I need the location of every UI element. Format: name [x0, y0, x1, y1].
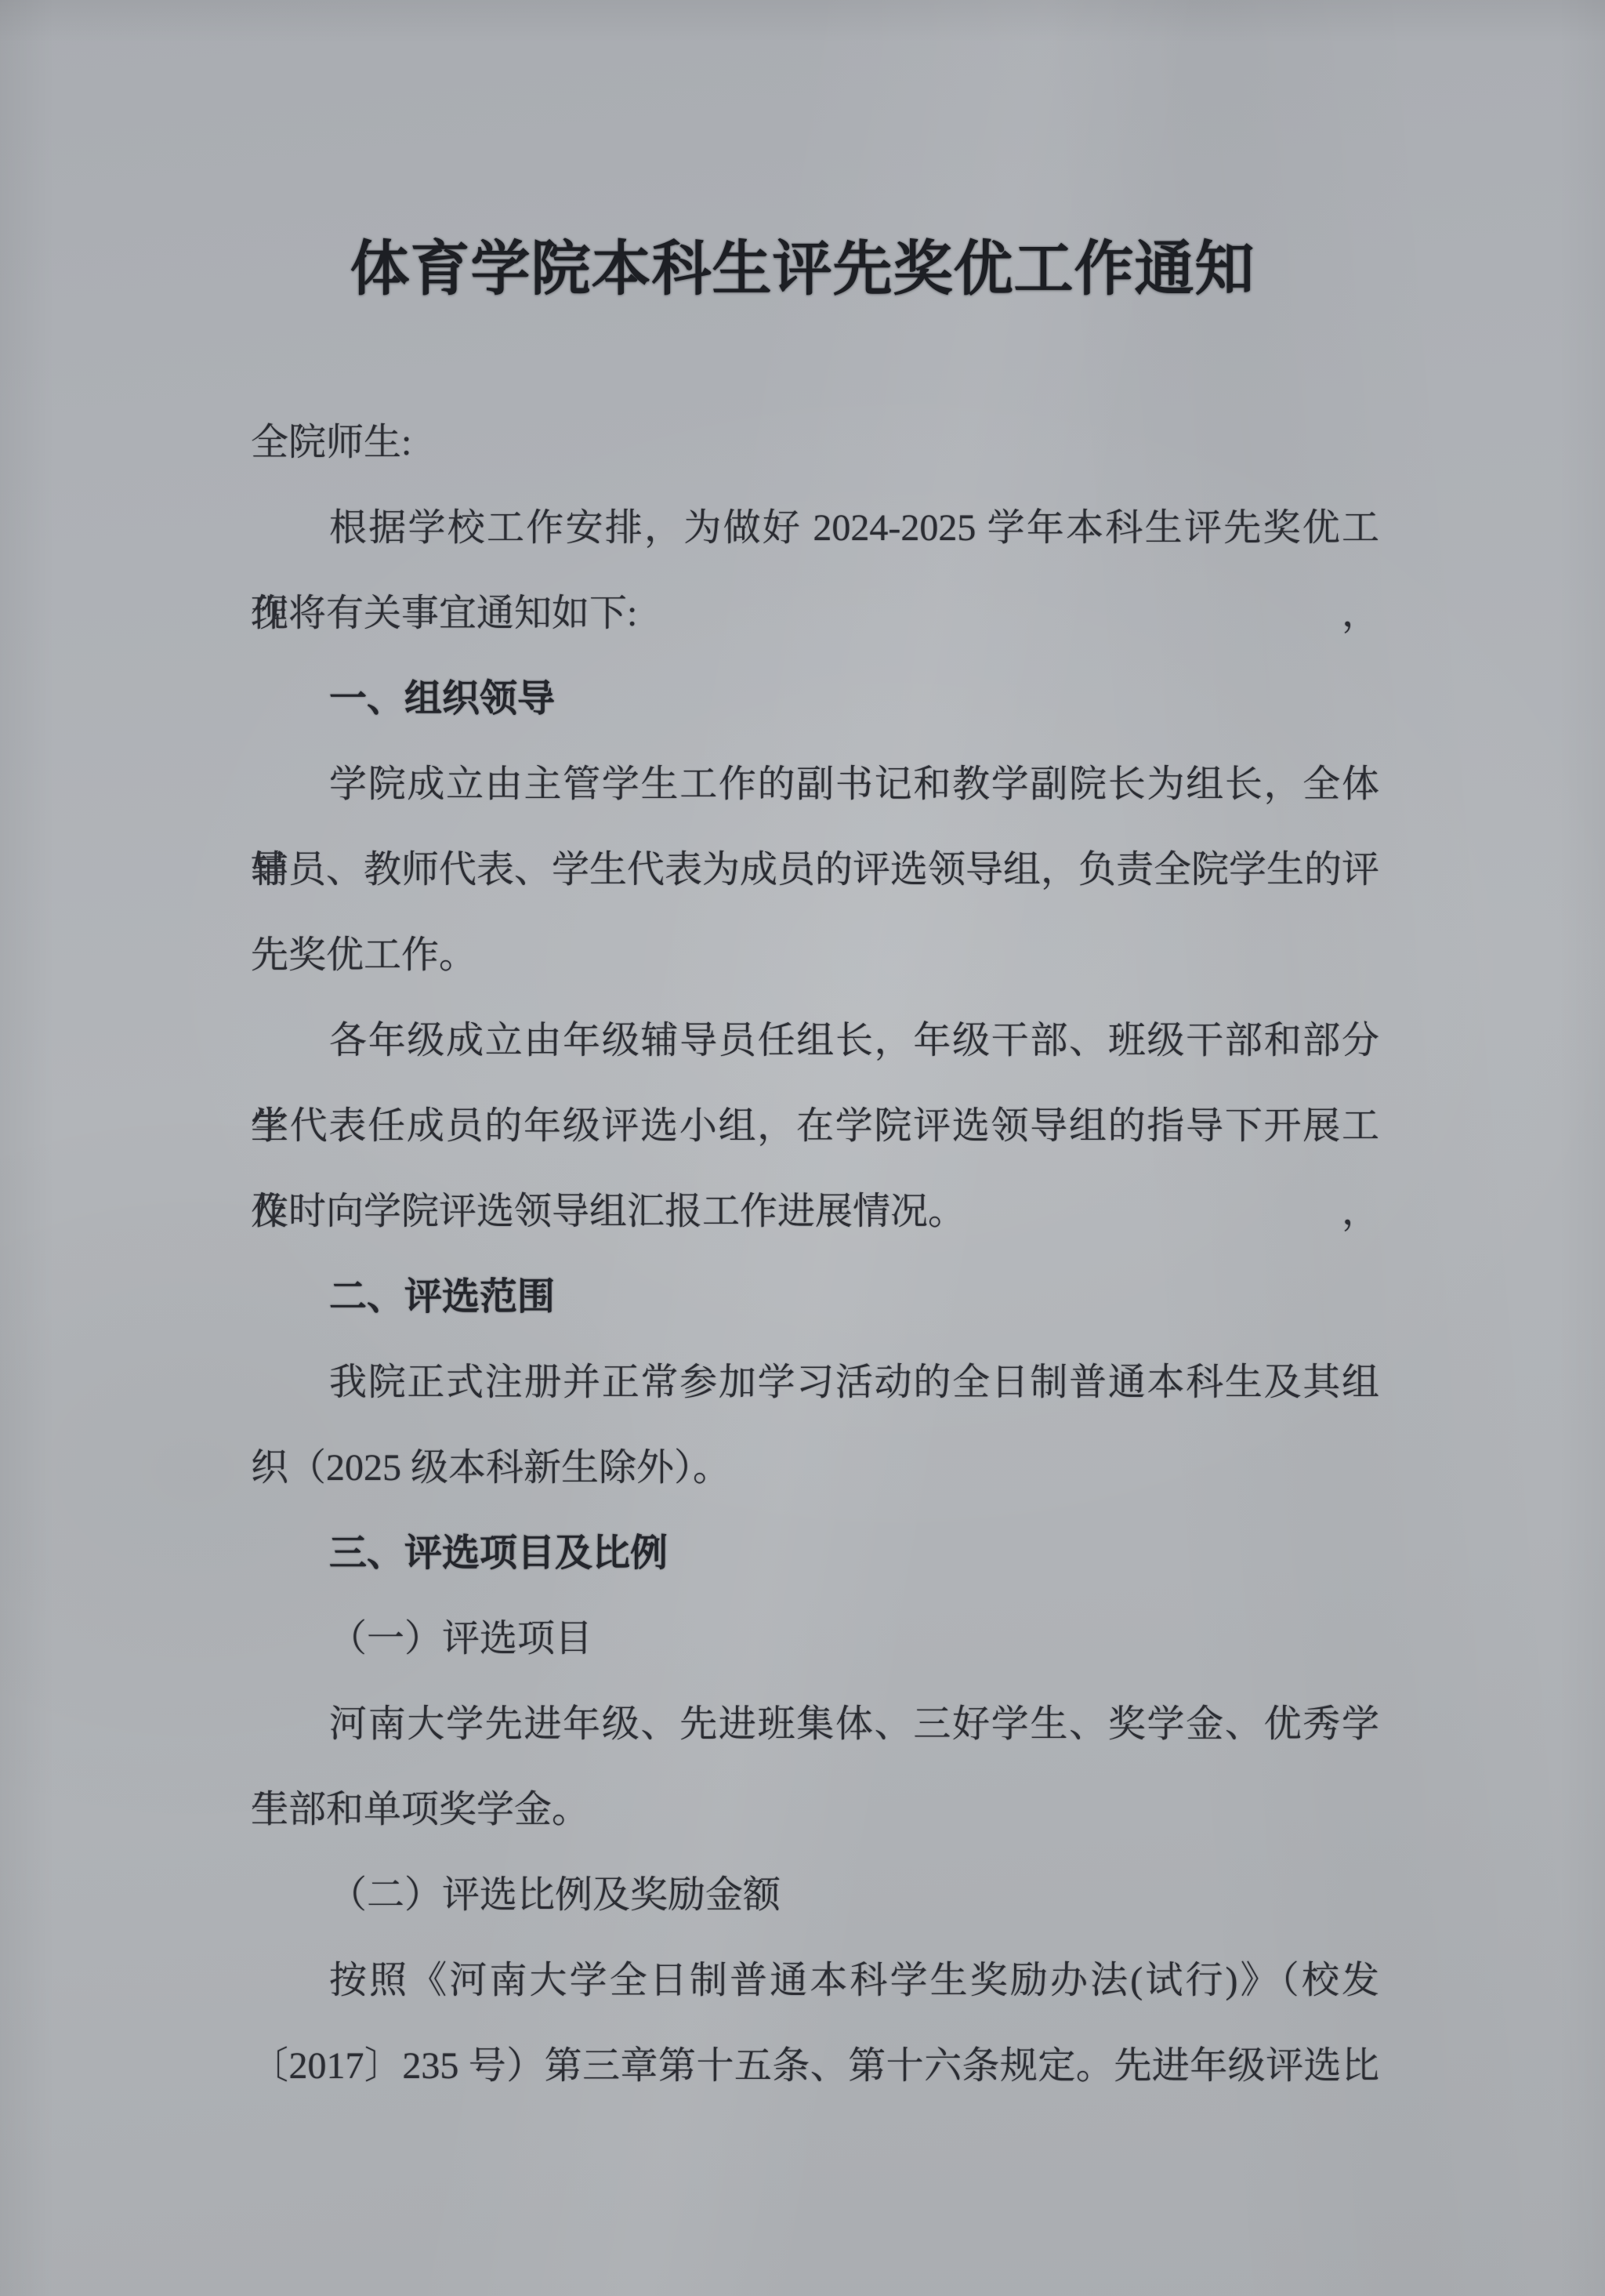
document-line: 我院正式注册并正常参加学习活动的全日制普通本科生及其组 — [251, 1340, 1379, 1425]
document-line: （二）评选比例及奖励金额 — [251, 1852, 1379, 1938]
document-line: 根据学校工作安排，为做好 2024-2025 学年本科生评先奖优工作， — [251, 485, 1379, 571]
document-line: 全院师生: — [251, 400, 1379, 485]
document-title: 体育学院本科生评先奖优工作通知 — [0, 232, 1605, 307]
document-line: 一、组织领导 — [251, 656, 1379, 742]
document-line: 〔2017〕235 号）第三章第十五条、第十六条规定。先进年级评选比 — [251, 2023, 1379, 2109]
document-line: 按照《河南大学全日制普通本科学生奖励办法(试行)》（校发 — [251, 1938, 1379, 2023]
document-line: 先奖优工作。 — [251, 912, 1379, 998]
document-line: （一）评选项目 — [251, 1596, 1379, 1681]
document-line: 导员、教师代表、学生代表为成员的评选领导组，负责全院学生的评 — [251, 827, 1379, 912]
document-line: 三、评选项目及比例 — [251, 1511, 1379, 1596]
document-body: 全院师生:根据学校工作安排，为做好 2024-2025 学年本科生评先奖优工作，… — [251, 400, 1379, 2109]
document-line: 织（2025 级本科新生除外）。 — [251, 1425, 1379, 1511]
document-line: 各年级成立由年级辅导员任组长，年级干部、班级干部和部分学 — [251, 998, 1379, 1083]
document-line: 生代表任成员的年级评选小组，在学院评选领导组的指导下开展工作， — [251, 1083, 1379, 1169]
document-line: 二、评选范围 — [251, 1254, 1379, 1340]
document-photo: 体育学院本科生评先奖优工作通知 全院师生:根据学校工作安排，为做好 2024-2… — [0, 0, 1605, 2296]
document-line: 干部和单项奖学金。 — [251, 1767, 1379, 1852]
document-line: 河南大学先进年级、先进班集体、三好学生、奖学金、优秀学生 — [251, 1681, 1379, 1767]
document-line: 学院成立由主管学生工作的副书记和教学副院长为组长，全体辅 — [251, 742, 1379, 827]
